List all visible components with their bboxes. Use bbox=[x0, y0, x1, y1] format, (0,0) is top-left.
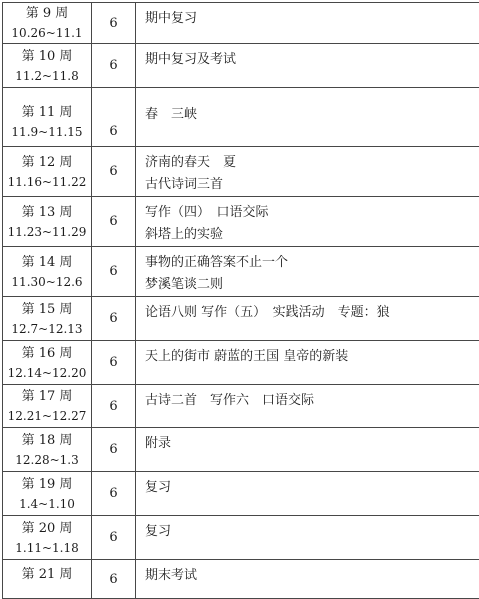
week-cell: 第 14 周 11.30~12.6 bbox=[3, 247, 92, 297]
date-range: 11.30~12.6 bbox=[3, 273, 91, 291]
content-line: 古代诗词三首 bbox=[145, 174, 479, 196]
week-label: 第 17 周 bbox=[3, 387, 91, 407]
table-row: 第 12 周 11.16~11.22 6 济南的春天 夏 古代诗词三首 bbox=[3, 147, 479, 197]
date-range: 12.14~12.20 bbox=[3, 364, 91, 382]
week-label: 第 19 周 bbox=[3, 475, 91, 495]
week-cell: 第 11 周 11.9~11.15 bbox=[3, 88, 92, 147]
week-cell: 第 18 周 12.28~1.3 bbox=[3, 428, 92, 472]
content-cell: 附录 bbox=[136, 428, 479, 472]
content-line: 期中复习及考试 bbox=[145, 49, 479, 71]
week-cell: 第 20 周 1.11~1.18 bbox=[3, 516, 92, 560]
content-line: 附录 bbox=[145, 433, 479, 455]
hours-cell: 6 bbox=[92, 297, 136, 341]
table-row: 第 11 周 11.9~11.15 6 春 三峡 bbox=[3, 88, 479, 147]
week-label: 第 20 周 bbox=[3, 519, 91, 539]
week-cell: 第 21 周 bbox=[3, 560, 92, 599]
week-label: 第 9 周 bbox=[3, 4, 91, 24]
week-label: 第 11 周 bbox=[3, 103, 91, 123]
hours-cell: 6 bbox=[92, 247, 136, 297]
hours-cell: 6 bbox=[92, 560, 136, 599]
content-cell: 期中复习及考试 bbox=[136, 44, 479, 88]
week-label: 第 14 周 bbox=[3, 253, 91, 273]
content-cell: 春 三峡 bbox=[136, 88, 479, 147]
date-range: 1.11~1.18 bbox=[3, 539, 91, 557]
content-line: 天上的街市 蔚蓝的王国 皇帝的新装 bbox=[145, 346, 479, 368]
week-cell: 第 15 周 12.7~12.13 bbox=[3, 297, 92, 341]
date-range: 10.26~11.1 bbox=[3, 24, 91, 42]
week-cell: 第 16 周 12.14~12.20 bbox=[3, 341, 92, 385]
hours-cell: 6 bbox=[92, 3, 136, 44]
date-range: 12.28~1.3 bbox=[3, 451, 91, 469]
week-cell: 第 12 周 11.16~11.22 bbox=[3, 147, 92, 197]
content-cell: 期中复习 bbox=[136, 3, 479, 44]
week-cell: 第 17 周 12.21~12.27 bbox=[3, 385, 92, 428]
week-label: 第 13 周 bbox=[3, 203, 91, 223]
hours-cell: 6 bbox=[92, 44, 136, 88]
content-cell: 期末考试 bbox=[136, 560, 479, 599]
hours-cell: 6 bbox=[92, 88, 136, 147]
hours-cell: 6 bbox=[92, 428, 136, 472]
table-row: 第 13 周 11.23~11.29 6 写作（四） 口语交际 斜塔上的实验 bbox=[3, 197, 479, 247]
week-cell: 第 13 周 11.23~11.29 bbox=[3, 197, 92, 247]
content-cell: 事物的正确答案不止一个 梦溪笔谈二则 bbox=[136, 247, 479, 297]
date-range: 12.21~12.27 bbox=[3, 407, 91, 425]
date-range: 11.16~11.22 bbox=[3, 173, 91, 191]
content-line: 期末考试 bbox=[145, 565, 479, 587]
content-line: 期中复习 bbox=[145, 8, 479, 30]
week-cell: 第 10 周 11.2~11.8 bbox=[3, 44, 92, 88]
content-line: 济南的春天 夏 bbox=[145, 152, 479, 174]
content-cell: 复习 bbox=[136, 516, 479, 560]
hours-cell: 6 bbox=[92, 147, 136, 197]
week-label: 第 12 周 bbox=[3, 153, 91, 173]
hours-cell: 6 bbox=[92, 341, 136, 385]
content-line: 梦溪笔谈二则 bbox=[145, 274, 479, 296]
content-line: 复习 bbox=[145, 521, 479, 543]
week-cell: 第 9 周 10.26~11.1 bbox=[3, 3, 92, 44]
content-cell: 济南的春天 夏 古代诗词三首 bbox=[136, 147, 479, 197]
date-range: 11.23~11.29 bbox=[3, 223, 91, 241]
table-row: 第 16 周 12.14~12.20 6 天上的街市 蔚蓝的王国 皇帝的新装 bbox=[3, 341, 479, 385]
hours-cell: 6 bbox=[92, 197, 136, 247]
table-row: 第 17 周 12.21~12.27 6 古诗二首 写作六 口语交际 bbox=[3, 385, 479, 428]
date-range: 12.7~12.13 bbox=[3, 320, 91, 338]
table-row: 第 19 周 1.4~1.10 6 复习 bbox=[3, 472, 479, 516]
content-line: 春 三峡 bbox=[145, 104, 479, 126]
content-cell: 古诗二首 写作六 口语交际 bbox=[136, 385, 479, 428]
content-cell: 写作（四） 口语交际 斜塔上的实验 bbox=[136, 197, 479, 247]
week-cell: 第 19 周 1.4~1.10 bbox=[3, 472, 92, 516]
date-range: 11.9~11.15 bbox=[3, 123, 91, 141]
schedule-table: 第 9 周 10.26~11.1 6 期中复习 第 10 周 11.2~11.8… bbox=[2, 2, 479, 599]
table-row: 第 15 周 12.7~12.13 6 论语八则 写作（五） 实践活动 专题：狼 bbox=[3, 297, 479, 341]
content-line: 事物的正确答案不止一个 bbox=[145, 252, 479, 274]
content-line: 古诗二首 写作六 口语交际 bbox=[145, 390, 479, 412]
week-label: 第 10 周 bbox=[3, 47, 91, 67]
hours-cell: 6 bbox=[92, 385, 136, 428]
content-line: 写作（四） 口语交际 bbox=[145, 202, 479, 224]
week-label: 第 15 周 bbox=[3, 300, 91, 320]
table-row: 第 18 周 12.28~1.3 6 附录 bbox=[3, 428, 479, 472]
date-range: 11.2~11.8 bbox=[3, 67, 91, 85]
content-cell: 论语八则 写作（五） 实践活动 专题：狼 bbox=[136, 297, 479, 341]
week-label: 第 16 周 bbox=[3, 344, 91, 364]
week-label: 第 21 周 bbox=[3, 565, 91, 585]
hours-cell: 6 bbox=[92, 472, 136, 516]
week-label: 第 18 周 bbox=[3, 431, 91, 451]
table-row: 第 10 周 11.2~11.8 6 期中复习及考试 bbox=[3, 44, 479, 88]
date-range: 1.4~1.10 bbox=[3, 495, 91, 513]
content-cell: 复习 bbox=[136, 472, 479, 516]
table-row: 第 9 周 10.26~11.1 6 期中复习 bbox=[3, 3, 479, 44]
content-line: 论语八则 写作（五） 实践活动 专题：狼 bbox=[145, 302, 479, 324]
content-line: 复习 bbox=[145, 477, 479, 499]
table-row: 第 21 周 6 期末考试 bbox=[3, 560, 479, 599]
content-line: 斜塔上的实验 bbox=[145, 224, 479, 246]
table-row: 第 14 周 11.30~12.6 6 事物的正确答案不止一个 梦溪笔谈二则 bbox=[3, 247, 479, 297]
table-row: 第 20 周 1.11~1.18 6 复习 bbox=[3, 516, 479, 560]
hours-cell: 6 bbox=[92, 516, 136, 560]
content-cell: 天上的街市 蔚蓝的王国 皇帝的新装 bbox=[136, 341, 479, 385]
